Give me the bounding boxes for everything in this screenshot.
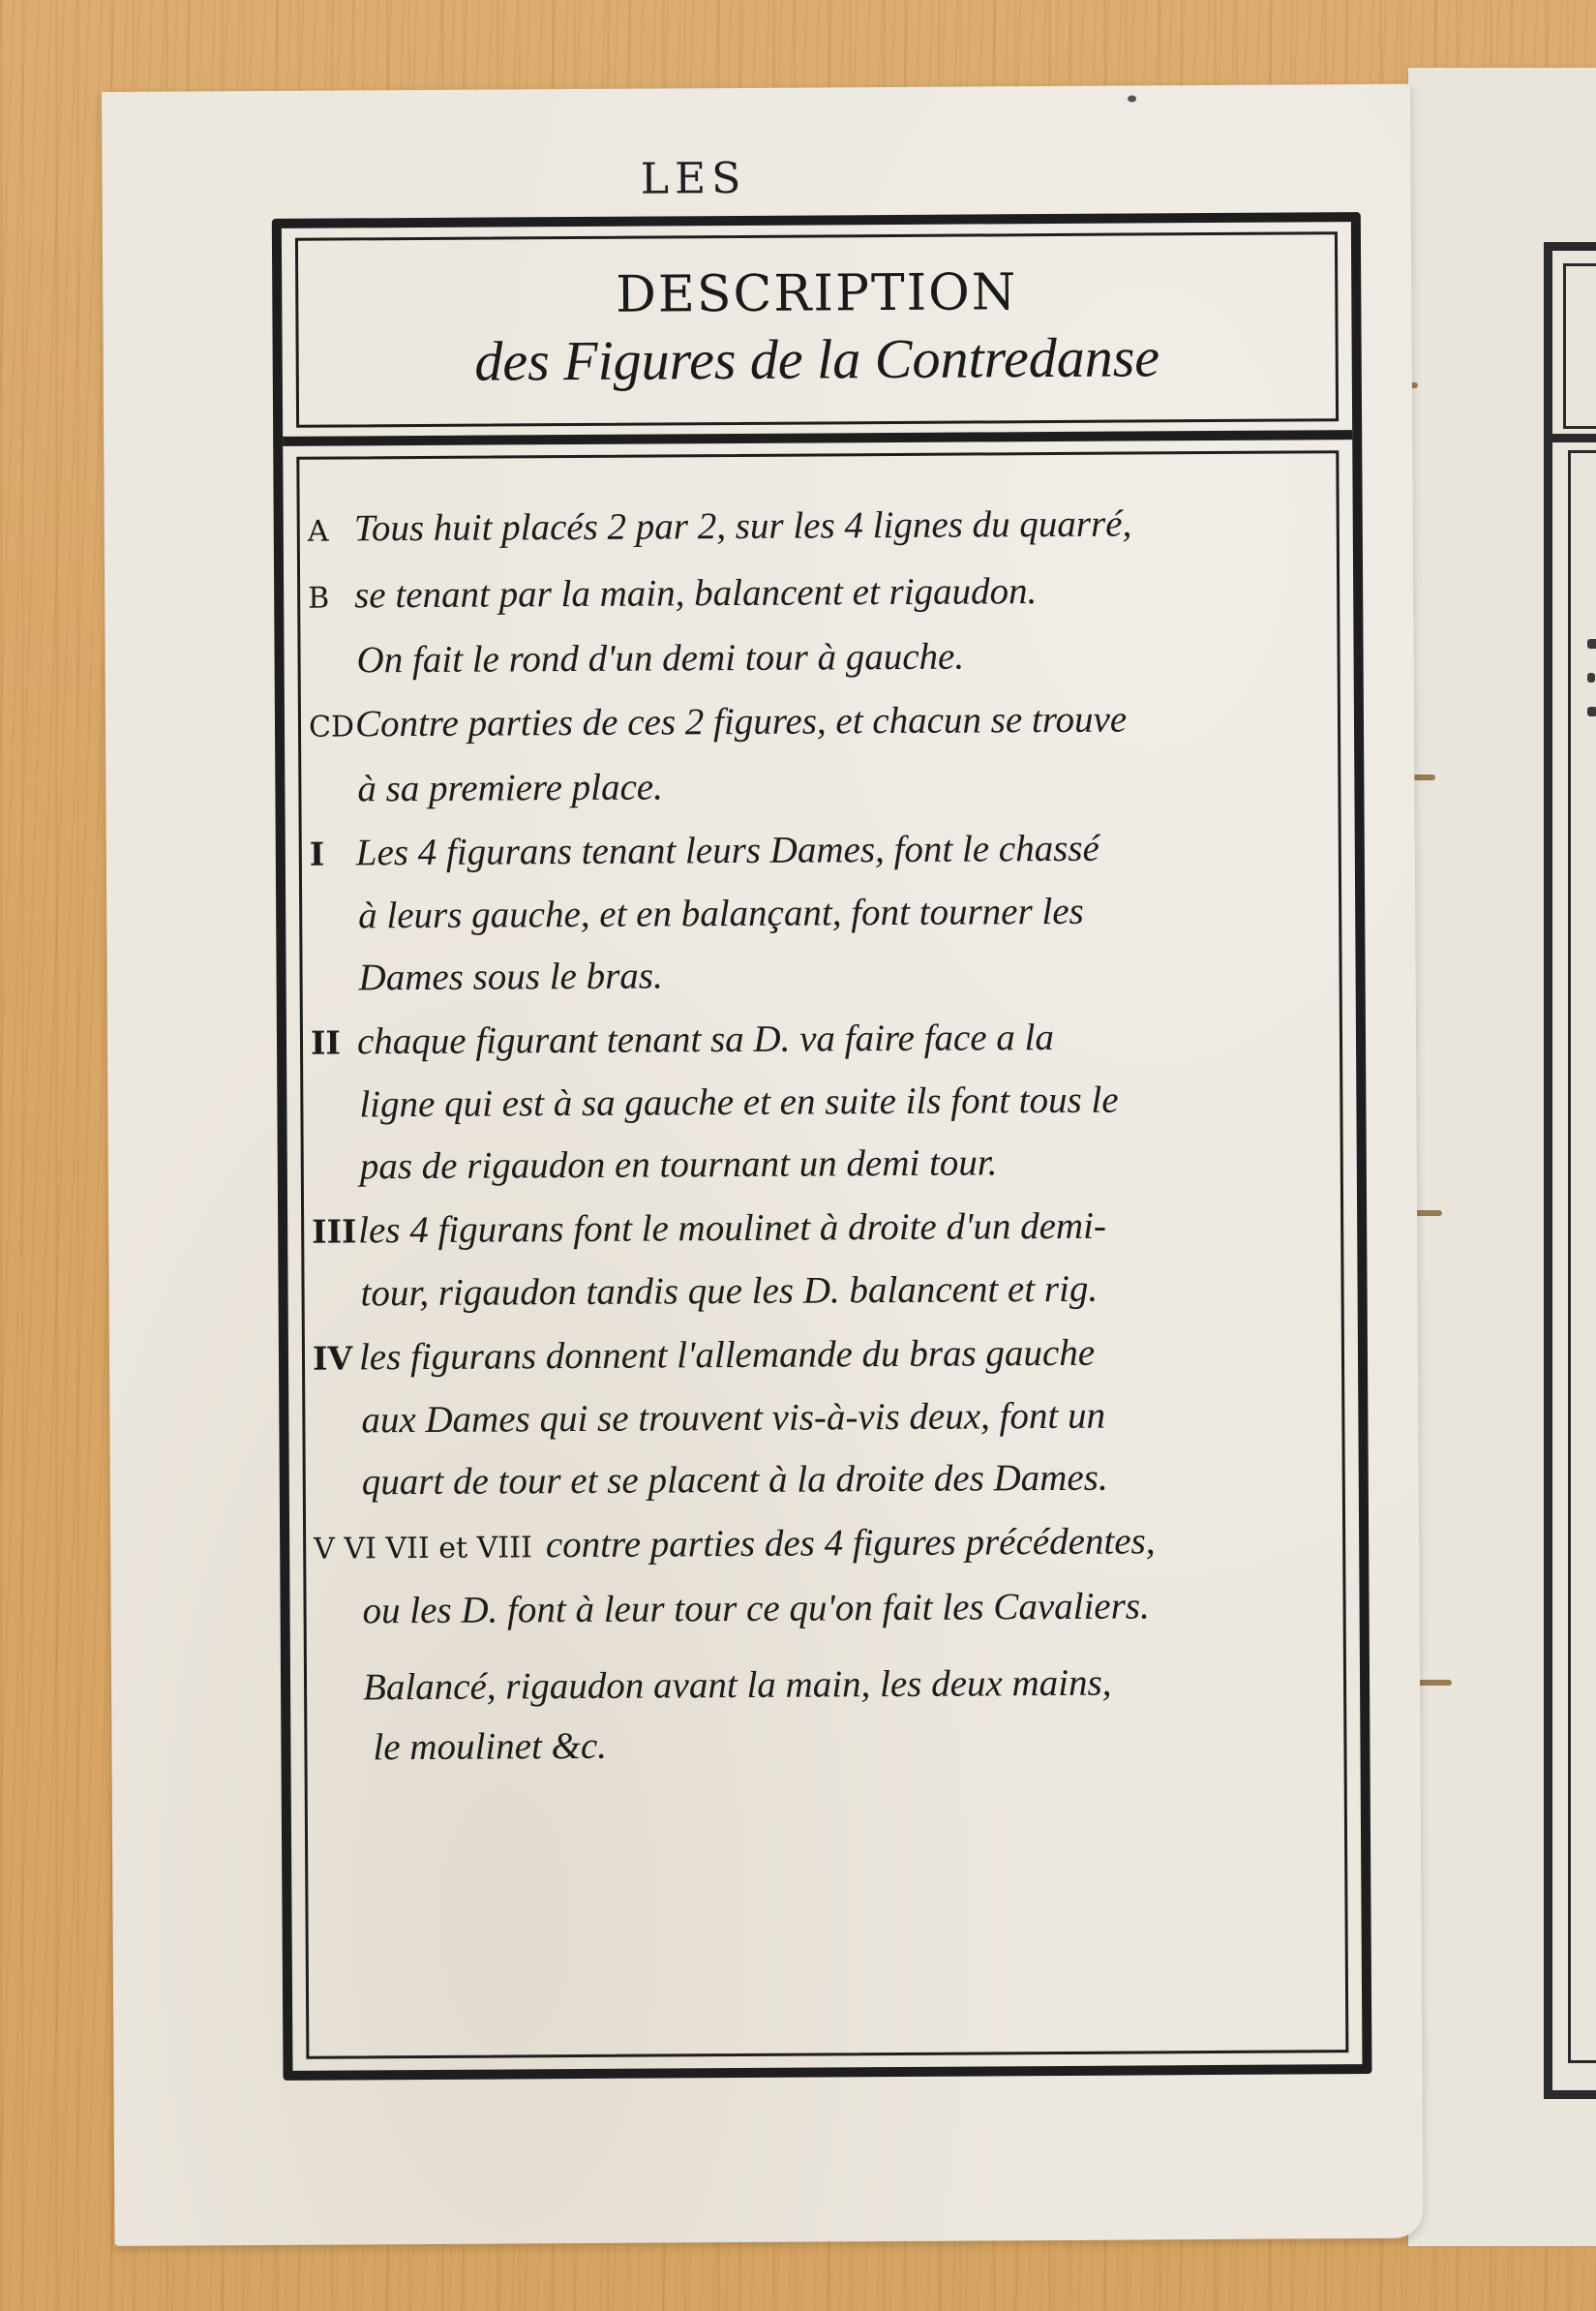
entry-text: contre parties des 4 figures précédentes… xyxy=(546,1520,1156,1566)
entry-text: les 4 figurans font le moulinet à droite… xyxy=(358,1205,1106,1252)
entry-marker: A xyxy=(308,501,354,563)
entry-text: chaque figurant tenant sa D. va faire fa… xyxy=(357,1017,1054,1062)
entry-text: Dames sous le bras. xyxy=(310,941,1333,1009)
facing-page xyxy=(1408,68,1596,2246)
entry-text: Contre parties de ces 2 figures, et chac… xyxy=(355,699,1127,745)
figure-list: ATous huit placés 2 par 2, sur les 4 lig… xyxy=(308,492,1338,1644)
book-page: LES DESCRIPTION des Figures de la Contre… xyxy=(102,84,1424,2246)
figure-entry-a: ATous huit placés 2 par 2, sur les 4 lig… xyxy=(308,492,1331,563)
figure-entry-b: Bse tenant par la main, balancent et rig… xyxy=(308,559,1332,691)
entry-text: Tous huit placés 2 par 2, sur les 4 lign… xyxy=(354,503,1132,550)
facing-page-divider xyxy=(1544,434,1596,442)
closing-text: le moulinet &c. xyxy=(363,1712,1324,1778)
entry-text: ligne qui est à sa gauche et en suite il… xyxy=(311,1068,1334,1136)
entry-marker: V VI VII et VIII xyxy=(314,1517,532,1580)
entry-text: tour, rigaudon tandis que les D. balance… xyxy=(312,1257,1335,1324)
closing-note: Balancé, rigaudon avant la main, les deu… xyxy=(363,1652,1325,1778)
entry-text: à leurs gauche, et en balançant, font to… xyxy=(310,879,1333,947)
facing-page-body-frame xyxy=(1568,450,1596,2063)
entry-text: se tenant par la main, balancent et riga… xyxy=(354,570,1037,616)
figure-entry-1: ILes 4 figurans tenant leurs Dames, font… xyxy=(310,816,1334,1009)
figure-entry-4: IVles figurans donnent l'allemande du br… xyxy=(313,1321,1337,1513)
facing-page-glyph xyxy=(1587,639,1596,649)
entry-marker: II xyxy=(311,1012,357,1074)
description-box: ATous huit placés 2 par 2, sur les 4 lig… xyxy=(296,450,1348,2059)
title-cartouche: DESCRIPTION des Figures de la Contredans… xyxy=(295,231,1339,428)
entry-marker: III xyxy=(312,1201,358,1262)
entry-marker: CD xyxy=(309,696,355,758)
entry-marker: IV xyxy=(313,1327,359,1389)
figure-entry-3: IIIles 4 figurans font le moulinet à dro… xyxy=(312,1194,1336,1324)
facing-page-title-frame xyxy=(1563,263,1596,429)
page-title: DESCRIPTION xyxy=(298,261,1335,326)
entry-text: On fait le rond d'un demi tour à gauche. xyxy=(308,623,1331,691)
entry-text: quart de tour et se placent à la droite … xyxy=(314,1445,1337,1513)
facing-page-glyph xyxy=(1587,707,1596,716)
facing-page-glyph xyxy=(1587,673,1595,683)
entry-marker: I xyxy=(310,823,356,885)
engraved-frame: DESCRIPTION des Figures de la Contredans… xyxy=(272,212,1372,2081)
figure-entry-5-to-8: V VI VII et VIIIcontre parties des 4 fig… xyxy=(314,1509,1338,1642)
running-head: LES xyxy=(102,150,1410,207)
entry-text: pas de rigaudon en tournant un demi tour… xyxy=(312,1130,1335,1198)
frame-divider xyxy=(283,430,1352,446)
entry-text: à sa premiere place. xyxy=(309,752,1332,820)
figure-entry-2: IIchaque figurant tenant sa D. va faire … xyxy=(311,1005,1335,1198)
ink-spot xyxy=(1128,95,1136,102)
page-subtitle: des Figures de la Contredanse xyxy=(299,323,1336,395)
entry-marker: B xyxy=(308,567,354,629)
entry-text: Les 4 figurans tenant leurs Dames, font … xyxy=(356,828,1099,874)
figure-entry-cd: CDContre parties de ces 2 figures, et ch… xyxy=(309,687,1333,820)
entry-text: aux Dames qui se trouvent vis-à-vis deux… xyxy=(313,1384,1336,1451)
entry-text: les figurans donnent l'allemande du bras… xyxy=(359,1332,1095,1379)
closing-text: Balancé, rigaudon avant la main, les deu… xyxy=(363,1652,1324,1718)
entry-text: ou les D. font à leur tour ce qu'on fait… xyxy=(314,1574,1337,1642)
